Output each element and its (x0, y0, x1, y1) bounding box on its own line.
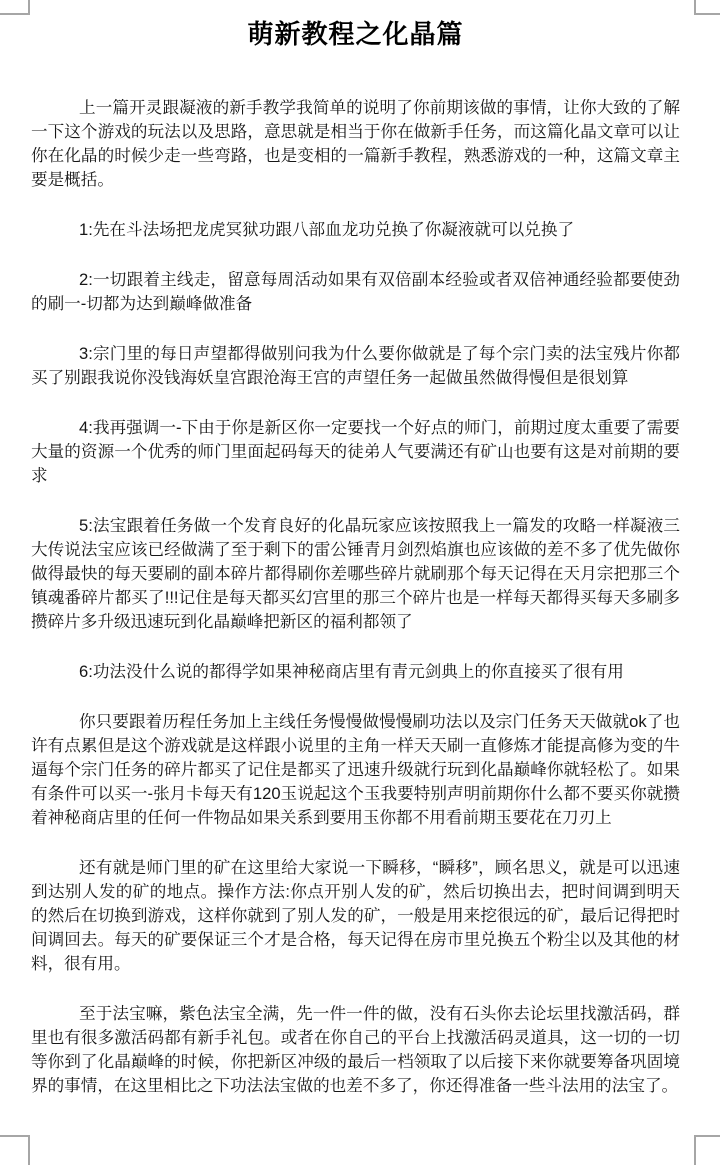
document-content: 萌新教程之化晶篇 上一篇开灵跟凝液的新手教学我简单的说明了你前期该做的事情，让你… (31, 16, 680, 1098)
tip-paragraph-3: 3:宗门里的每日声望都得做别问我为什么要你做就是了每个宗门卖的法宝残片你都买了别… (31, 342, 680, 390)
tip-paragraph-1: 1:先在斗法场把龙虎冥狱功跟八部血龙功兑换了你凝液就可以兑换了 (31, 218, 680, 242)
text-boundary-mark-bottom-left (0, 1135, 30, 1165)
text-boundary-mark-top-right (694, 0, 720, 15)
tip-paragraph-4: 4:我再强调一-下由于你是新区你一定要找一个好点的师门，前期过度太重要了需要大量… (31, 416, 680, 488)
summary-paragraph: 你只要跟着历程任务加上主线任务慢慢做慢慢刷功法以及宗门任务天天做就ok了也许有点… (31, 710, 680, 830)
intro-paragraph: 上一篇开灵跟凝液的新手教学我简单的说明了你前期该做的事情，让你大致的了解一下这个… (31, 96, 680, 192)
text-boundary-mark-bottom-right (694, 1135, 720, 1165)
page-title: 萌新教程之化晶篇 (31, 16, 680, 52)
document-page: 萌新教程之化晶篇 上一篇开灵跟凝液的新手教学我简单的说明了你前期该做的事情，让你… (0, 0, 720, 1165)
mine-teleport-paragraph: 还有就是师门里的矿在这里给大家说一下瞬移，“瞬移”，顾名思义，就是可以迅速到达别… (31, 856, 680, 976)
tip-paragraph-2: 2:一切跟着主线走，留意每周活动如果有双倍副本经验或者双倍神通经验都要使劲的刷一… (31, 268, 680, 316)
tip-paragraph-5: 5:法宝跟着任务做一个发育良好的化晶玩家应该按照我上一篇发的攻略一样凝液三大传说… (31, 514, 680, 634)
tip-paragraph-6: 6:功法没什么说的都得学如果神秘商店里有青元剑典上的你直接买了很有用 (31, 660, 680, 684)
text-boundary-mark-top-left (0, 0, 30, 15)
closing-paragraph: 至于法宝嘛，紫色法宝全满，先一件一件的做，没有石头你去论坛里找激活码，群里也有很… (31, 1002, 680, 1098)
